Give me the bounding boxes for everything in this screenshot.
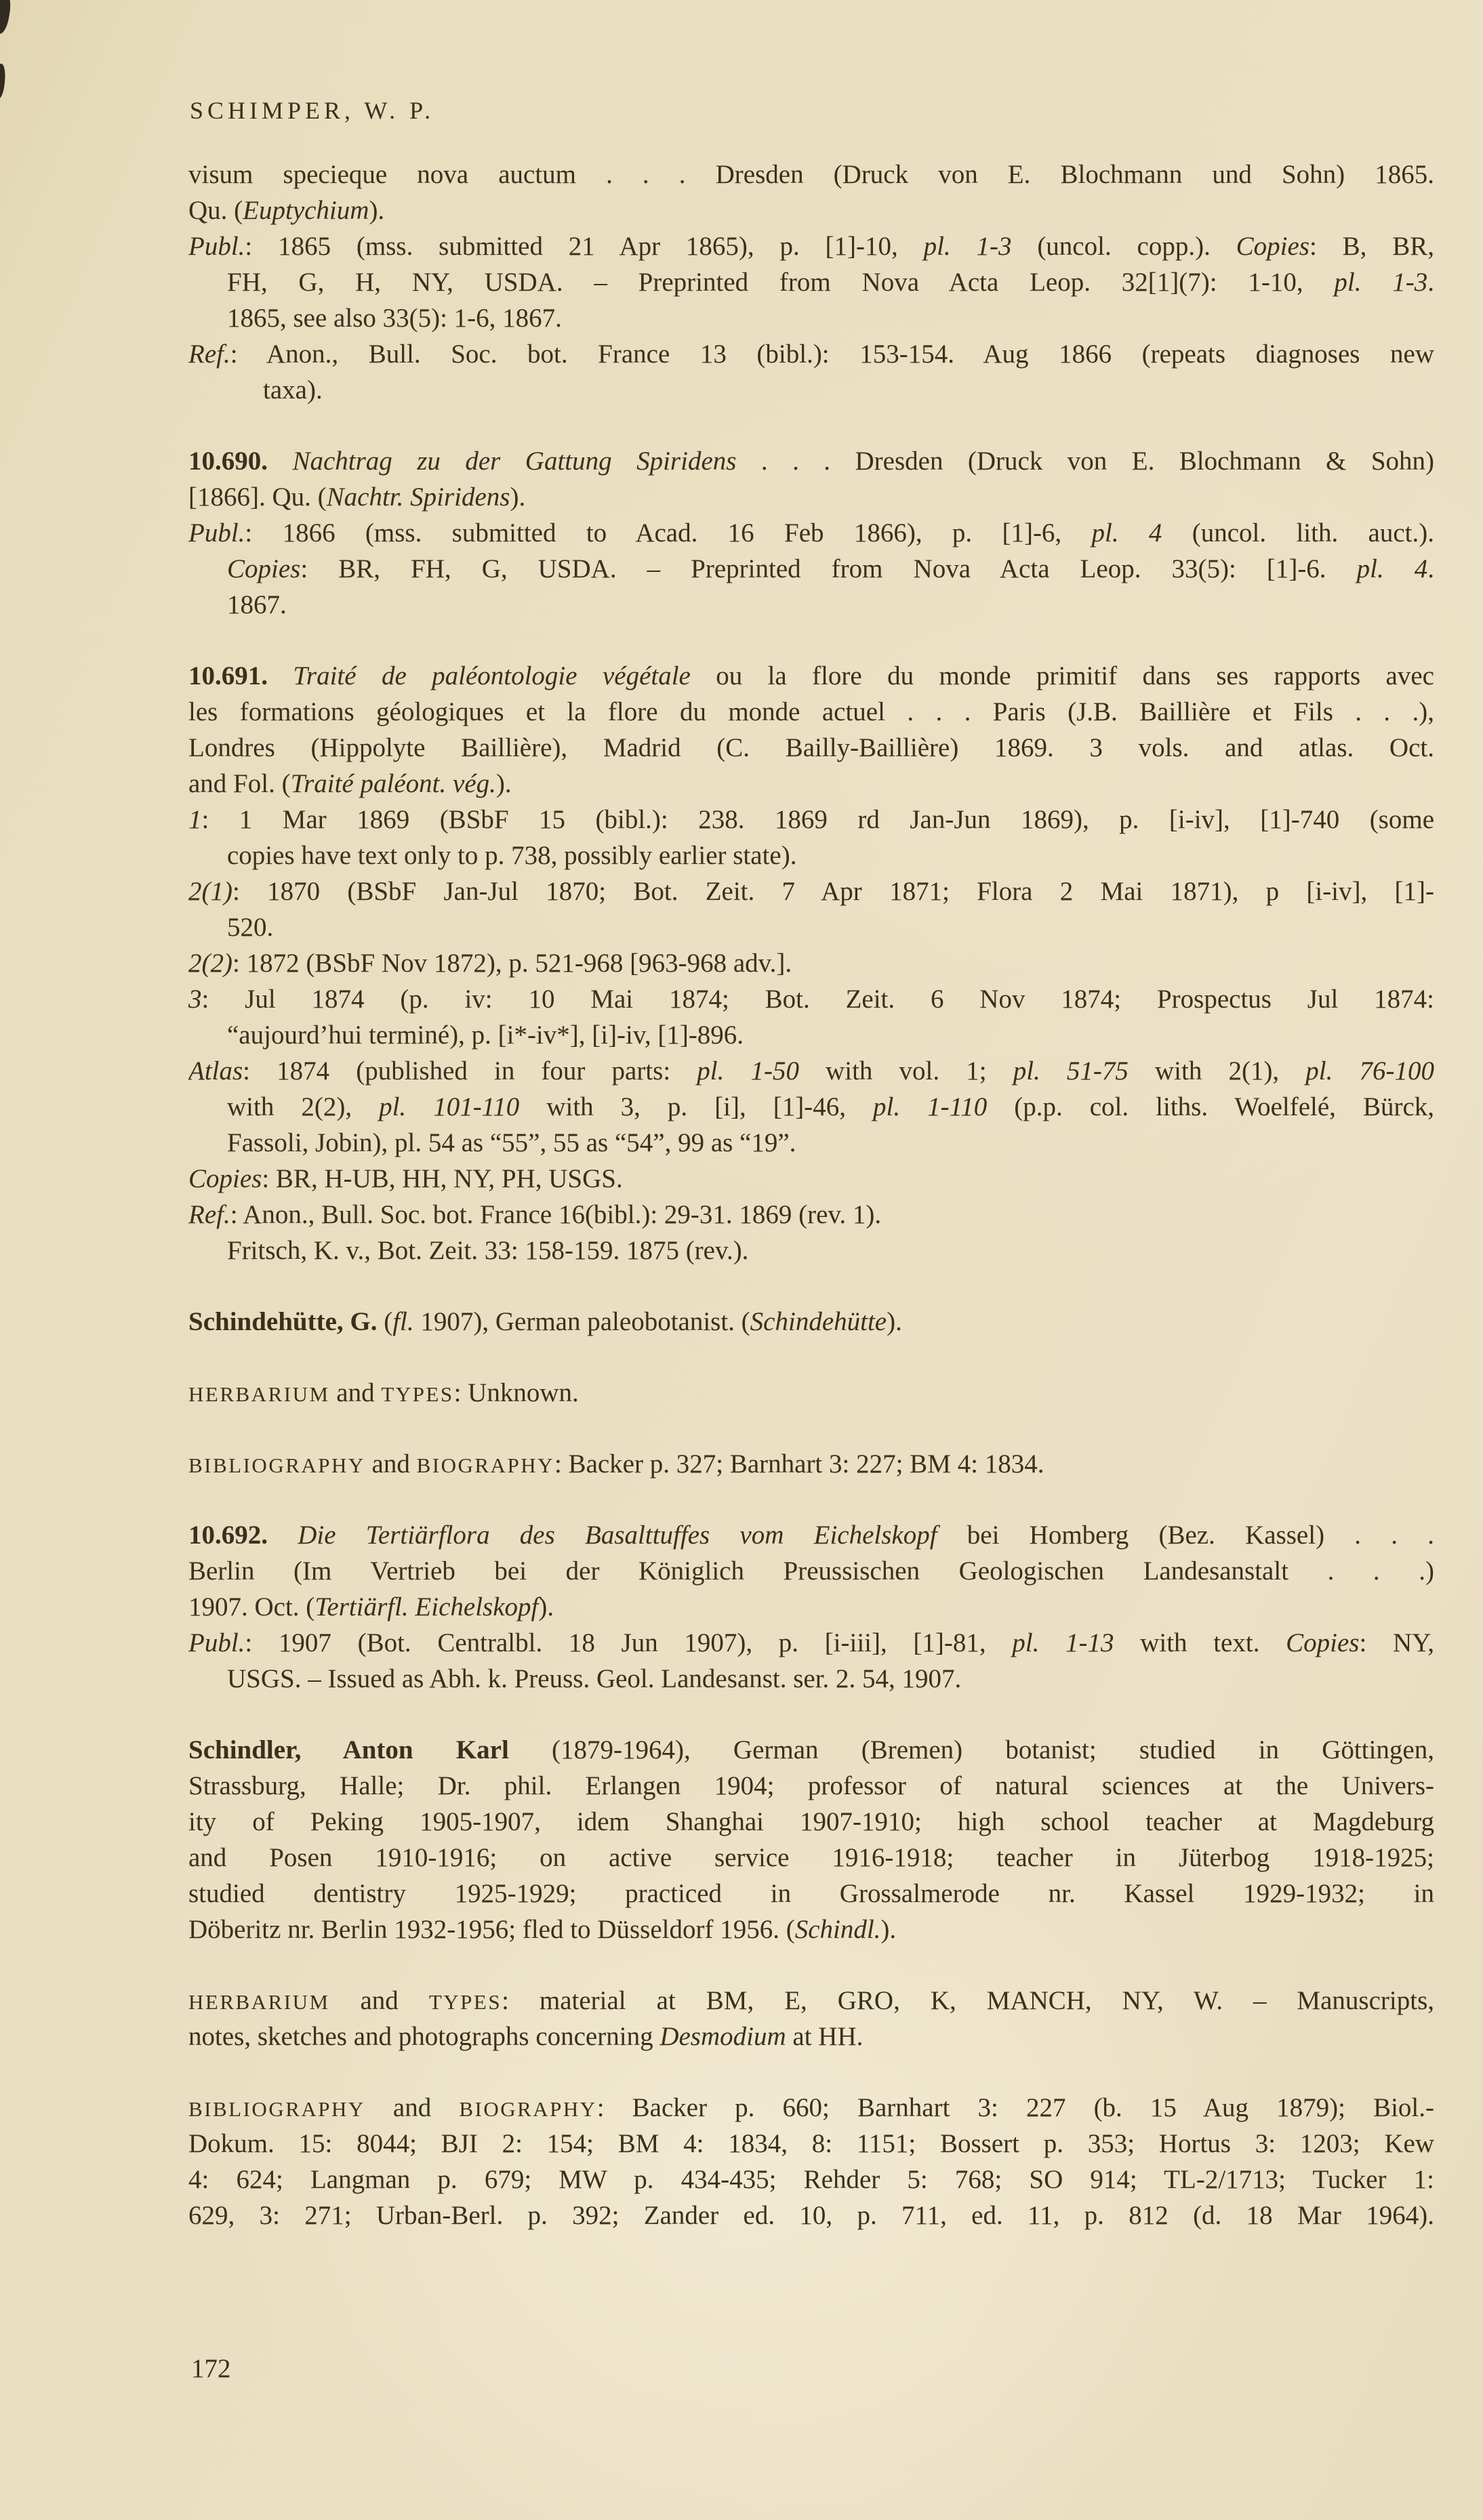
text-segment: Copies: [1236, 232, 1309, 261]
text-segment: .: [1427, 268, 1434, 297]
text-segment: Londres (Hippolyte Baillière), Madrid (C…: [188, 733, 1434, 762]
text-segment: (uncol. lith. auct.).: [1162, 518, 1434, 548]
text-segment: Desmodium: [659, 2022, 786, 2051]
text-segment: and: [330, 1986, 429, 2015]
text-segment: Die Tertiärflora des Basalttuffes vom Ei…: [298, 1521, 937, 1550]
text-segment: “aujourd’hui terminé), p. [i*-iv*], [i]-…: [227, 1020, 744, 1050]
text-segment: : Backer p. 327; Barnhart 3: 227; BM 4: …: [554, 1449, 1044, 1479]
text-line: notes, sketches and photographs concerni…: [188, 2019, 1434, 2054]
text-segment: ).: [510, 482, 526, 512]
text-line: ity of Peking 1905-1907, idem Shanghai 1…: [188, 1804, 1434, 1840]
text-segment: Döberitz nr. Berlin 1932-1956; fled to D…: [188, 1915, 795, 1944]
text-segment: : Unknown.: [454, 1378, 579, 1407]
text-segment: Schindehütte, G.: [188, 1307, 377, 1336]
text-segment: 1867.: [227, 590, 287, 619]
text-segment: pl. 1-110: [873, 1092, 987, 1121]
text-segment: taxa).: [263, 375, 323, 405]
text-segment: 4: 624; Langman p. 679; MW p. 434-435; R…: [188, 2165, 1434, 2194]
text-segment: Qu. (: [188, 196, 243, 225]
text-segment: pl. 1-50: [697, 1056, 799, 1086]
text-line: 1907. Oct. (Tertiärfl. Eichelskopf).: [188, 1589, 1434, 1625]
text-segment: Publ.: [188, 1628, 245, 1657]
text-segment: 10.690.: [188, 447, 292, 476]
bibliography-biography-1: BIBLIOGRAPHY and BIOGRAPHY: Backer p. 32…: [188, 1446, 1434, 1482]
text-line: Fritsch, K. v., Bot. Zeit. 33: 158-159. …: [188, 1233, 1434, 1268]
text-segment: : BR, FH, G, USDA. – Preprinted from Nov…: [300, 554, 1356, 583]
text-line: 520.: [188, 909, 1434, 945]
text-segment: BIOGRAPHY: [459, 2097, 596, 2121]
text-line: Strassburg, Halle; Dr. phil. Erlangen 19…: [188, 1768, 1434, 1804]
text-line: BIBLIOGRAPHY and BIOGRAPHY: Backer p. 66…: [188, 2090, 1434, 2126]
text-segment: : 1 Mar 1869 (BSbF 15 (bibl.): 238. 1869…: [202, 805, 1435, 834]
text-segment: ).: [538, 1592, 554, 1622]
text-segment: Fassoli, Jobin), pl. 54 as “55”, 55 as “…: [227, 1128, 796, 1157]
text-line: with 2(2), pl. 101-110 with 3, p. [i], […: [188, 1089, 1434, 1125]
text-segment: 1907. Oct. (: [188, 1592, 314, 1622]
text-segment: notes, sketches and photographs concerni…: [188, 2022, 659, 2051]
text-segment: and Posen 1910-1916; on active service 1…: [188, 1843, 1434, 1872]
text-segment: pl. 1-3: [924, 232, 1012, 261]
text-segment: : Backer p. 660; Barnhart 3: 227 (b. 15 …: [597, 2093, 1434, 2122]
text-line: Publ.: 1865 (mss. submitted 21 Apr 1865)…: [188, 228, 1434, 264]
text-segment: BIBLIOGRAPHY: [188, 2097, 365, 2121]
scan-edge-artifact: [0, 0, 13, 35]
text-segment: and: [330, 1378, 382, 1407]
text-segment: fl.: [392, 1307, 413, 1336]
text-segment: pl. 1-3: [1334, 268, 1427, 297]
entry-schindler: Schindler, Anton Karl (1879-1964), Germa…: [188, 1732, 1434, 1947]
text-line: Copies: BR, H-UB, HH, NY, PH, USGS.: [188, 1161, 1434, 1197]
text-segment: pl. 76-100: [1305, 1056, 1434, 1086]
bibliography-biography-2: BIBLIOGRAPHY and BIOGRAPHY: Backer p. 66…: [188, 2090, 1434, 2233]
text-segment: 2(2): [188, 949, 232, 978]
text-segment: Strassburg, Halle; Dr. phil. Erlangen 19…: [188, 1771, 1434, 1800]
text-line: 10.691. Traité de paléontologie végétale…: [188, 658, 1434, 694]
text-segment: FH, G, H, NY, USDA. – Preprinted from No…: [227, 268, 1334, 297]
text-line: Ref.: Anon., Bull. Soc. bot. France 16(b…: [188, 1197, 1434, 1233]
text-line: [1866]. Qu. (Nachtr. Spiridens).: [188, 479, 1434, 515]
text-line: Schindler, Anton Karl (1879-1964), Germa…: [188, 1732, 1434, 1768]
text-line: FH, G, H, NY, USDA. – Preprinted from No…: [188, 264, 1434, 300]
text-line: Publ.: 1866 (mss. submitted to Acad. 16 …: [188, 515, 1434, 551]
text-segment: Traité de paléontologie végétale: [293, 661, 690, 690]
text-segment: ).: [496, 769, 512, 798]
text-segment: : NY,: [1359, 1628, 1434, 1657]
text-line: Schindehütte, G. (fl. 1907), German pale…: [188, 1304, 1434, 1340]
text-line: studied dentistry 1925-1929; practiced i…: [188, 1876, 1434, 1912]
text-segment: Copies: [1286, 1628, 1359, 1657]
text-line: 2(2): 1872 (BSbF Nov 1872), p. 521-968 […: [188, 945, 1434, 981]
text-line: Atlas: 1874 (published in four parts: pl…: [188, 1053, 1434, 1089]
text-column: visum specieque nova auctum . . . Dresde…: [188, 157, 1434, 2233]
text-segment: . . . Dresden (Druck von E. Blochmann & …: [736, 447, 1434, 476]
text-segment: : 1907 (Bot. Centralbl. 18 Jun 1907), p.…: [245, 1628, 1012, 1657]
text-line: 1865, see also 33(5): 1-6, 1867.: [188, 300, 1434, 336]
text-segment: (uncol. copp.).: [1012, 232, 1236, 261]
text-segment: : Anon., Bull. Soc. bot. France 13 (bibl…: [230, 339, 1434, 369]
text-segment: Tertiärfl. Eichelskopf: [314, 1592, 538, 1622]
text-segment: : 1866 (mss. submitted to Acad. 16 Feb 1…: [245, 518, 1091, 548]
text-segment: (p.p. col. liths. Woelfelé, Bürck,: [987, 1092, 1434, 1121]
text-segment: Copies: [188, 1164, 262, 1193]
text-segment: TYPES: [429, 1990, 502, 2014]
text-segment: visum specieque nova auctum . . . Dresde…: [188, 160, 1434, 189]
text-segment: ).: [880, 1915, 896, 1944]
entry-continuation: visum specieque nova auctum . . . Dresde…: [188, 157, 1434, 408]
text-segment: 1: [188, 805, 202, 834]
text-segment: Ref.: [188, 1200, 230, 1229]
text-segment: bei Homberg (Bez. Kassel) . . .: [937, 1521, 1434, 1550]
text-segment: at HH.: [786, 2022, 864, 2051]
text-segment: BIBLIOGRAPHY: [188, 1453, 365, 1477]
text-line: Dokum. 15: 8044; BJI 2: 154; BM 4: 1834,…: [188, 2126, 1434, 2162]
text-segment: and: [365, 1449, 417, 1479]
entry-10.690: 10.690. Nachtrag zu der Gattung Spiriden…: [188, 443, 1434, 623]
text-segment: (: [377, 1307, 392, 1336]
text-line: HERBARIUM and TYPES: Unknown.: [188, 1375, 1434, 1411]
text-segment: HERBARIUM: [188, 1990, 330, 2014]
text-line: Berlin (Im Vertrieb bei der Königlich Pr…: [188, 1553, 1434, 1589]
book-page: SCHIMPER, W. P. visum specieque nova auc…: [0, 0, 1483, 2520]
text-segment: 10.691.: [188, 661, 293, 690]
text-segment: ).: [369, 196, 384, 225]
text-segment: : 1872 (BSbF Nov 1872), p. 521-968 [963-…: [232, 949, 792, 978]
text-line: and Posen 1910-1916; on active service 1…: [188, 1840, 1434, 1876]
text-line: 1867.: [188, 587, 1434, 623]
text-segment: Berlin (Im Vertrieb bei der Königlich Pr…: [188, 1556, 1434, 1586]
text-segment: : B, BR,: [1309, 232, 1434, 261]
text-line: 1: 1 Mar 1869 (BSbF 15 (bibl.): 238. 186…: [188, 802, 1434, 838]
text-segment: Publ.: [188, 518, 245, 548]
text-segment: with text.: [1114, 1628, 1286, 1657]
text-segment: Dokum. 15: 8044; BJI 2: 154; BM 4: 1834,…: [188, 2129, 1434, 2158]
text-segment: : Jul 1874 (p. iv: 10 Mai 1874; Bot. Zei…: [202, 985, 1435, 1014]
text-segment: TYPES: [381, 1382, 453, 1406]
text-segment: : Anon., Bull. Soc. bot. France 16(bibl.…: [230, 1200, 881, 1229]
herbarium-types-2: HERBARIUM and TYPES: material at BM, E, …: [188, 1983, 1434, 2054]
text-segment: : material at BM, E, GRO, K, MANCH, NY, …: [502, 1986, 1434, 2015]
text-segment: pl. 51-75: [1013, 1056, 1129, 1086]
text-segment: pl. 1-13: [1012, 1628, 1114, 1657]
text-segment: : BR, H-UB, HH, NY, PH, USGS.: [262, 1164, 622, 1193]
text-segment: .: [1427, 554, 1434, 583]
entry-10.691: 10.691. Traité de paléontologie végétale…: [188, 658, 1434, 1268]
text-segment: 10.692.: [188, 1521, 298, 1550]
text-segment: and: [365, 2093, 460, 2122]
herbarium-types-1: HERBARIUM and TYPES: Unknown.: [188, 1375, 1434, 1411]
text-segment: pl. 4: [1357, 554, 1428, 583]
text-segment: Fritsch, K. v., Bot. Zeit. 33: 158-159. …: [227, 1236, 748, 1265]
entry-10.692: 10.692. Die Tertiärflora des Basalttuffe…: [188, 1517, 1434, 1697]
text-segment: Schindler, Anton Karl: [188, 1735, 509, 1764]
text-line: Döberitz nr. Berlin 1932-1956; fled to D…: [188, 1912, 1434, 1947]
text-segment: 3: [188, 985, 202, 1014]
text-line: copies have text only to p. 738, possibl…: [188, 838, 1434, 873]
page-number: 172: [191, 2351, 231, 2387]
text-segment: with 3, p. [i], [1]-46,: [519, 1092, 873, 1121]
text-line: BIBLIOGRAPHY and BIOGRAPHY: Backer p. 32…: [188, 1446, 1434, 1482]
text-segment: ou la flore du monde primitif dans ses r…: [691, 661, 1434, 690]
text-segment: BIOGRAPHY: [417, 1453, 554, 1477]
text-segment: USGS. – Issued as Abh. k. Preuss. Geol. …: [227, 1664, 961, 1693]
text-segment: Publ.: [188, 232, 245, 261]
text-line: Publ.: 1907 (Bot. Centralbl. 18 Jun 1907…: [188, 1625, 1434, 1661]
text-segment: [1866]. Qu. (: [188, 482, 327, 512]
text-segment: copies have text only to p. 738, possibl…: [227, 841, 796, 870]
text-line: “aujourd’hui terminé), p. [i*-iv*], [i]-…: [188, 1017, 1434, 1053]
text-line: taxa).: [188, 372, 1434, 408]
text-line: 3: Jul 1874 (p. iv: 10 Mai 1874; Bot. Ze…: [188, 981, 1434, 1017]
text-segment: ity of Peking 1905-1907, idem Shanghai 1…: [188, 1807, 1434, 1836]
text-segment: Nachtr. Spiridens: [327, 482, 510, 512]
text-segment: Traité paléont. vég.: [291, 769, 496, 798]
text-line: 10.690. Nachtrag zu der Gattung Spiriden…: [188, 443, 1434, 479]
text-segment: studied dentistry 1925-1929; practiced i…: [188, 1879, 1434, 1908]
text-segment: 520.: [227, 913, 273, 942]
text-line: Londres (Hippolyte Baillière), Madrid (C…: [188, 730, 1434, 766]
text-segment: : 1870 (BSbF Jan-Jul 1870; Bot. Zeit. 7 …: [232, 877, 1434, 906]
text-segment: with 2(2),: [227, 1092, 379, 1121]
text-segment: : 1865 (mss. submitted 21 Apr 1865), p. …: [245, 232, 923, 261]
text-segment: 629, 3: 271; Urban-Berl. p. 392; Zander …: [188, 2201, 1434, 2230]
text-segment: pl. 101-110: [379, 1092, 519, 1121]
text-segment: les formations géologiques et la flore d…: [188, 697, 1434, 726]
text-segment: HERBARIUM: [188, 1382, 330, 1406]
text-segment: (1879-1964), German (Bremen) botanist; s…: [509, 1735, 1434, 1764]
text-line: visum specieque nova auctum . . . Dresde…: [188, 157, 1434, 192]
text-segment: 2(1): [188, 877, 232, 906]
text-segment: Copies: [227, 554, 300, 583]
text-line: 10.692. Die Tertiärflora des Basalttuffe…: [188, 1517, 1434, 1553]
text-segment: with vol. 1;: [799, 1056, 1013, 1086]
text-segment: Atlas: [188, 1056, 243, 1086]
text-line: les formations géologiques et la flore d…: [188, 694, 1434, 730]
text-line: 4: 624; Langman p. 679; MW p. 434-435; R…: [188, 2162, 1434, 2197]
text-line: Ref.: Anon., Bull. Soc. bot. France 13 (…: [188, 336, 1434, 372]
text-line: Copies: BR, FH, G, USDA. – Preprinted fr…: [188, 551, 1434, 587]
scan-edge-artifact: [0, 63, 6, 99]
text-segment: Nachtrag zu der Gattung Spiridens: [292, 447, 736, 476]
text-segment: and Fol. (: [188, 769, 291, 798]
text-segment: Schindl.: [795, 1915, 881, 1944]
text-line: Fassoli, Jobin), pl. 54 as “55”, 55 as “…: [188, 1125, 1434, 1161]
text-line: USGS. – Issued as Abh. k. Preuss. Geol. …: [188, 1661, 1434, 1697]
text-line: Qu. (Euptychium).: [188, 192, 1434, 228]
text-segment: Euptychium: [243, 196, 369, 225]
text-line: 629, 3: 271; Urban-Berl. p. 392; Zander …: [188, 2197, 1434, 2233]
text-segment: 1865, see also 33(5): 1-6, 1867.: [227, 304, 562, 333]
text-line: and Fol. (Traité paléont. vég.).: [188, 766, 1434, 802]
text-line: HERBARIUM and TYPES: material at BM, E, …: [188, 1983, 1434, 2019]
running-head: SCHIMPER, W. P.: [190, 93, 434, 129]
text-segment: 1907), German paleobotanist. (: [414, 1307, 750, 1336]
entry-schindehuette: Schindehütte, G. (fl. 1907), German pale…: [188, 1304, 1434, 1340]
text-segment: Schindehütte: [750, 1307, 887, 1336]
text-segment: : 1874 (published in four parts:: [243, 1056, 697, 1086]
text-segment: ).: [887, 1307, 902, 1336]
text-line: 2(1): 1870 (BSbF Jan-Jul 1870; Bot. Zeit…: [188, 873, 1434, 909]
text-segment: with 2(1),: [1129, 1056, 1305, 1086]
text-segment: pl. 4: [1092, 518, 1162, 548]
text-segment: Ref.: [188, 339, 230, 369]
